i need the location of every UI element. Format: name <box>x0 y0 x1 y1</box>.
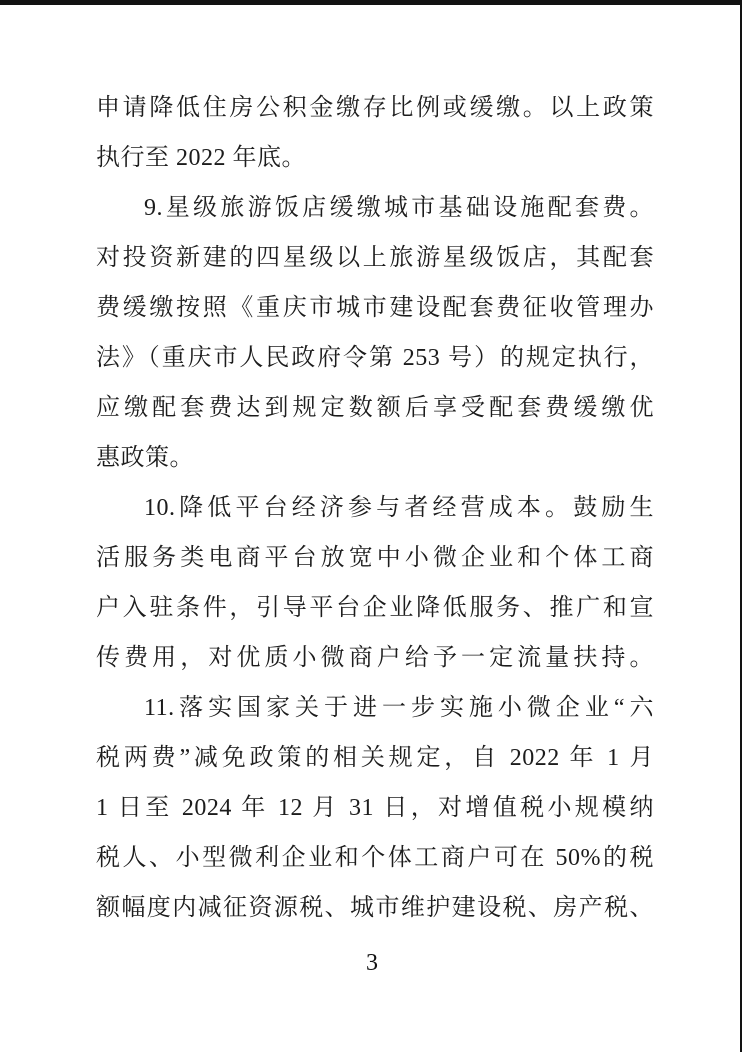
text-line: 法》（重庆市人民政府令第 253 号）的规定执行， <box>96 333 654 383</box>
text-line: 费缓缴按照《重庆市城市建设配套费征收管理办 <box>96 283 654 333</box>
text-line: 户入驻条件，引导平台企业降低服务、推广和宣 <box>96 583 654 633</box>
text-line: 额幅度内减征资源税、城市维护建设税、房产税、 <box>96 883 654 933</box>
text-line: 传费用，对优质小微商户给予一定流量扶持。 <box>96 633 654 683</box>
text-line: 税人、小型微利企业和个体工商户可在 50%的税 <box>96 833 654 883</box>
text-line: 应缴配套费达到规定数额后享受配套费缓缴优 <box>96 383 654 433</box>
text-line: 9.星级旅游饭店缓缴城市基础设施配套费。 <box>96 183 654 233</box>
document-body: 申请降低住房公积金缴存比例或缓缴。以上政策 执行至 2022 年底。 9.星级旅… <box>96 83 654 933</box>
page-number: 3 <box>0 948 744 978</box>
text-line: 对投资新建的四星级以上旅游星级饭店，其配套 <box>96 233 654 283</box>
text-line: 执行至 2022 年底。 <box>96 133 654 183</box>
scan-edge-right-line <box>740 0 742 1052</box>
scan-edge-top-bar <box>0 0 742 5</box>
text-line: 1 日至 2024 年 12 月 31 日，对增值税小规模纳 <box>96 783 654 833</box>
text-line: 11.落实国家关于进一步实施小微企业“六 <box>96 683 654 733</box>
text-line: 申请降低住房公积金缴存比例或缓缴。以上政策 <box>96 83 654 133</box>
text-line: 10.降低平台经济参与者经营成本。鼓励生 <box>96 483 654 533</box>
text-line: 税两费”减免政策的相关规定，自 2022 年 1 月 <box>96 733 654 783</box>
document-page: 申请降低住房公积金缴存比例或缓缴。以上政策 执行至 2022 年底。 9.星级旅… <box>0 0 744 1052</box>
text-line: 活服务类电商平台放宽中小微企业和个体工商 <box>96 533 654 583</box>
text-line: 惠政策。 <box>96 433 654 483</box>
